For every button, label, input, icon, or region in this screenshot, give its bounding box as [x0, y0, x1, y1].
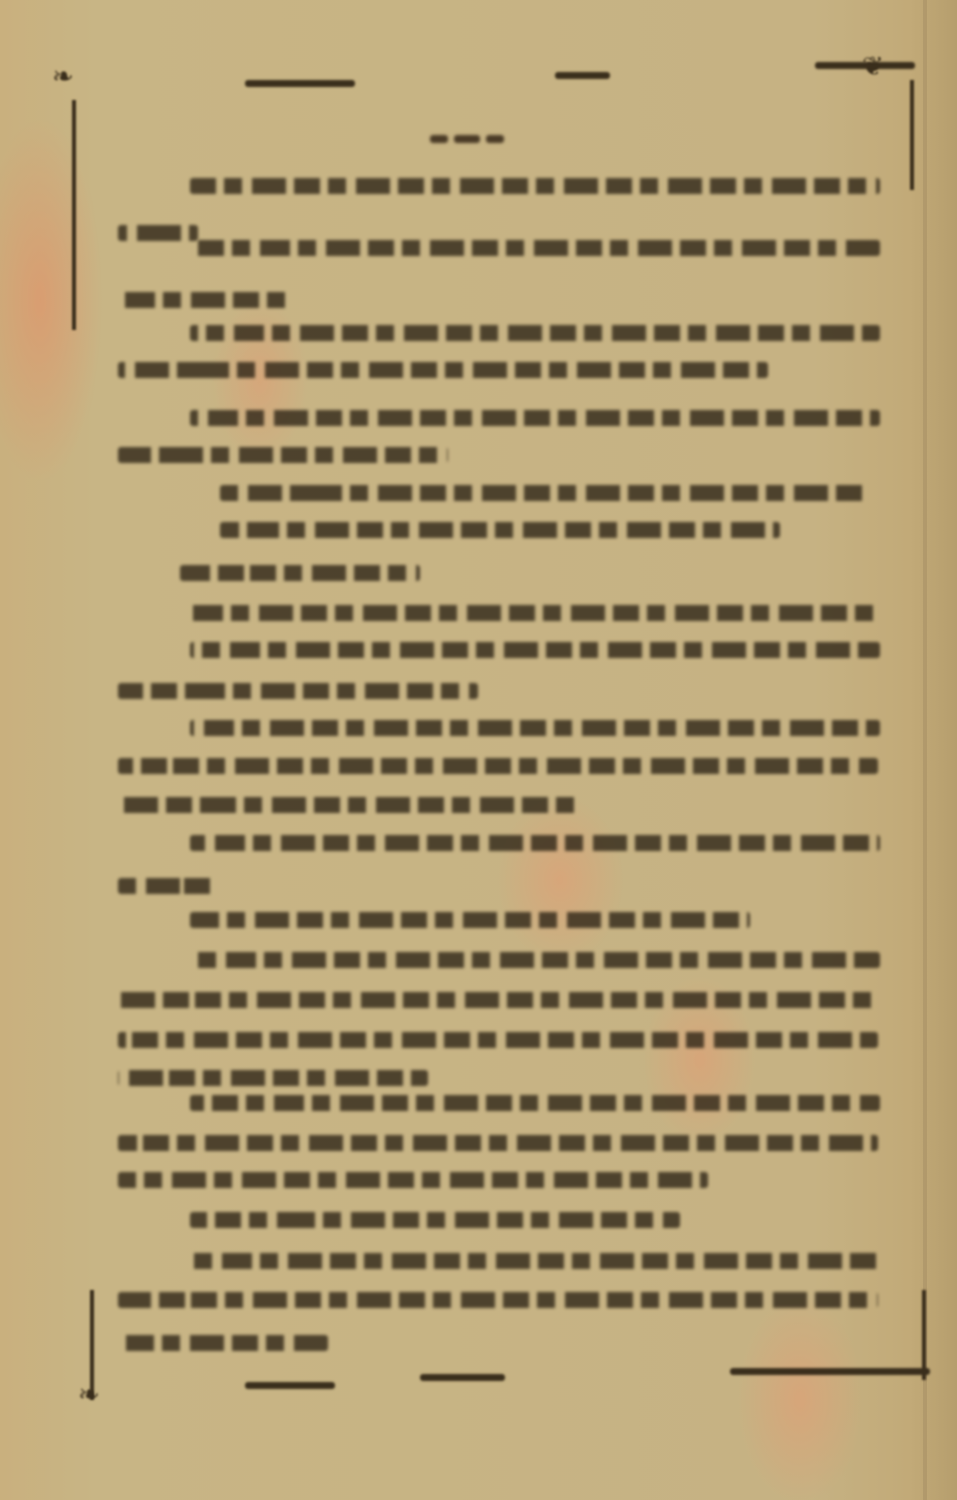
text-line [190, 240, 880, 256]
text-line [190, 1212, 680, 1228]
text-line [118, 1135, 878, 1151]
border-rule-left-bottom [90, 1290, 94, 1400]
book-page: ❧ ❦ ❧ [0, 0, 957, 1500]
ornament-rule [420, 1374, 505, 1381]
text-line [190, 835, 880, 851]
text-line [220, 485, 870, 501]
text-line [118, 683, 478, 699]
corner-ornament-bottom-left: ❧ [78, 1380, 138, 1410]
text-line [118, 292, 288, 308]
text-line [190, 605, 880, 621]
text-line [118, 1070, 428, 1086]
ornament-rule [730, 1368, 930, 1375]
text-line [220, 522, 780, 538]
page-edge [923, 0, 927, 1500]
folio-dash [430, 135, 448, 143]
text-line [118, 1172, 708, 1188]
text-line [190, 912, 750, 928]
text-line [118, 992, 878, 1008]
text-line [118, 1292, 878, 1308]
folio-dash [486, 135, 504, 143]
text-line [190, 1095, 880, 1111]
border-rule-right-top [910, 80, 914, 190]
text-line [190, 325, 880, 341]
text-line [190, 952, 880, 968]
text-line [118, 797, 578, 813]
folio-number [454, 135, 480, 143]
corner-ornament-top-left: ❧ [52, 62, 112, 92]
border-rule-right-bottom [922, 1290, 926, 1380]
text-line [118, 225, 198, 241]
ornament-rule [245, 80, 355, 87]
text-line [118, 447, 448, 463]
text-line [190, 410, 880, 426]
text-line [180, 565, 420, 581]
ornament-rule [815, 62, 915, 69]
text-line [118, 362, 768, 378]
text-line [190, 642, 880, 658]
page-folio [430, 128, 550, 146]
ornament-rule [245, 1382, 335, 1389]
text-line [190, 720, 880, 736]
text-line [118, 878, 218, 894]
border-rule-left-top [72, 100, 76, 330]
ornament-rule [555, 72, 610, 79]
text-line [190, 1253, 880, 1269]
text-line [118, 1335, 328, 1351]
text-line [118, 1032, 878, 1048]
text-line [118, 758, 878, 774]
text-line [190, 178, 880, 194]
